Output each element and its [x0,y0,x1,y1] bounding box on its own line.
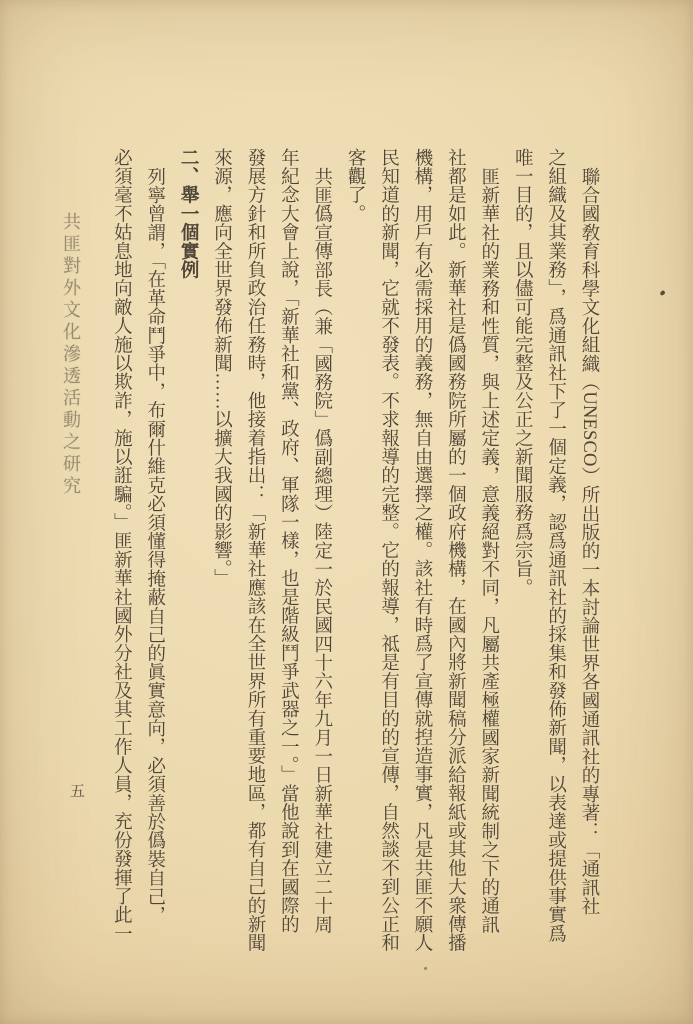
text-column: 發展方針和所負政治任務時，他接着指出：「新華社應該在全世界所有重要地區，都有自己… [238,148,271,984]
main-text-block: 聯合國敎育科學文化組織（UNESCO）所出版的一本討論世界各國通訊社的專著：「通… [89,148,605,984]
text-column: 民知道的新聞，它就不發表。不求報導的完整。它的報導，祗是有目的的宣傳，自然談不到… [371,148,404,984]
text-column: 匪新華社的業務和性質，與上述定義，意義絕對不同，凡屬共產極權國家新聞統制之下的通… [471,148,504,984]
text-column: 客觀了。 [338,148,371,984]
paper-speck [659,290,665,296]
text-column: 必須毫不姑息地向敵人施以欺詐，施以誑騙。」匪新華社國外分社及其工作人員，充份發揮… [104,148,137,984]
text-column: 唯一目的，且以儘可能完整及公正之新聞服務爲宗旨。 [505,148,538,984]
text-column: 之組織及其業務」，爲通訊社下了一個定義，認爲通訊社的採集和發佈新聞，以表達或提供… [538,148,571,984]
text-column: 年紀念大會上說，「新華社和黨、政府、軍隊一樣，也是階級鬥爭武器之一。」當他說到在… [271,148,304,984]
text-column: 聯合國敎育科學文化組織（UNESCO）所出版的一本討論世界各國通訊社的專著：「通… [572,148,605,984]
section-heading: 二、舉一個實例 [171,148,204,984]
running-title: 共匪對外文化滲透活動之研究 [58,212,84,498]
text-column: 列寧曾謂，「在革命鬥爭中，布爾什維克必須懂得掩蔽自己的眞實意向，必須善於僞裝自己… [137,148,170,984]
text-column: 共匪僞宣傳部長（兼「國務院」僞副總理）陸定一於民國四十六年九月一日新華社建立二十… [304,148,337,984]
book-page: 聯合國敎育科學文化組織（UNESCO）所出版的一本討論世界各國通訊社的專著：「通… [0,0,693,1024]
text-column: 來源，應向全世界發佈新聞……以擴大我國的影響。」 [204,148,237,984]
page-number: 五 [70,780,85,801]
text-column: 機構，用戶有必需採用的義務，無自由選擇之權。該社有時爲了宣傳就揑造事實，凡是共匪… [405,148,438,984]
text-column: 社都是如此。新華社是僞國務院所屬的一個政府機構，在國內將新聞稿分派給報紙或其他大… [438,148,471,984]
